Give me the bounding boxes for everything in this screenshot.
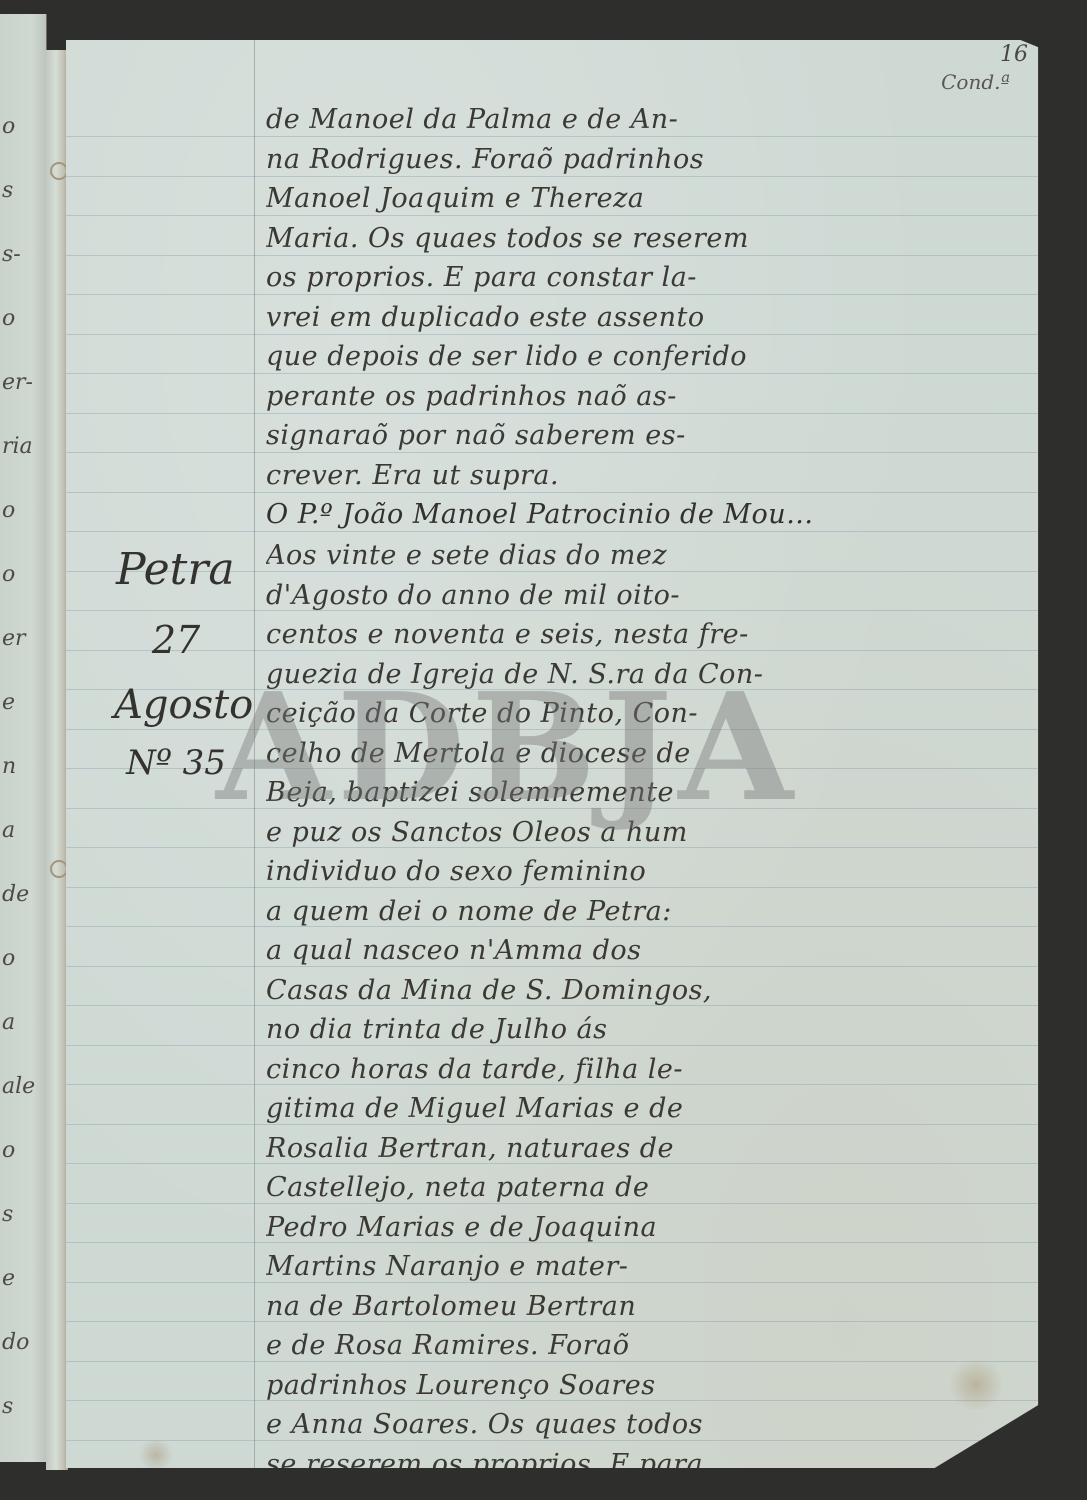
left-page-text-fragment: e — [2, 690, 15, 715]
left-page-text-fragment: n — [2, 754, 16, 779]
text-line: de Manoel da Palma e de An- — [266, 100, 1026, 140]
book-spine — [46, 50, 68, 1470]
text-line: a qual nasceo n'Amma dos — [266, 931, 1026, 971]
text-line: Maria. Os quaes todos se reserem — [266, 219, 1026, 259]
left-page-text-fragment: de — [2, 882, 29, 907]
left-page-text-fragment: o — [2, 114, 15, 139]
left-page-text-fragment: a — [2, 1010, 15, 1035]
continuation-note: Cond.ª — [941, 70, 1010, 94]
ink-stain — [946, 1360, 1006, 1410]
text-line: signaraõ por naõ saberem es- — [266, 416, 1026, 456]
text-line: cinco horas da tarde, filha le- — [266, 1050, 1026, 1090]
left-page-text-fragment: s — [2, 178, 13, 203]
text-line: individuo do sexo feminino — [266, 852, 1026, 892]
text-line: Martins Naranjo e mater- — [266, 1247, 1026, 1287]
previous-page-edge: oss-oer-riaooerenadeoaaleosedos — [0, 14, 47, 1462]
text-line: Beja, baptizei solemnemente — [266, 773, 1026, 813]
left-page-text-fragment: o — [2, 946, 15, 971]
manuscript-page: 16 Cond.ª de Manoel da Palma e de An- na… — [66, 40, 1042, 1468]
left-page-text-fragment: er — [2, 626, 26, 651]
text-line: gitima de Miguel Marias e de — [266, 1089, 1026, 1129]
left-page-text-fragment: o — [2, 1138, 15, 1163]
text-line: e puz os Sanctos Oleos a hum — [266, 813, 1026, 853]
text-line: celho de Mertola e diocese de — [266, 734, 1026, 774]
paper-stain — [136, 1440, 176, 1470]
text-line: centos e noventa e seis, nesta fre- — [266, 615, 1026, 655]
binding-thread-bottom — [50, 860, 68, 878]
continued-entry-text: de Manoel da Palma e de An- na Rodrigues… — [266, 100, 1026, 535]
left-page-text-fragment: do — [2, 1330, 29, 1355]
entry-number: Nº 35 — [96, 738, 256, 788]
text-line: Manoel Joaquim e Thereza — [266, 179, 1026, 219]
entry-margin-note: Petra 27 Agosto Nº 35 — [96, 532, 256, 788]
text-line: e Anna Soares. Os quaes todos — [266, 1405, 1026, 1445]
binding-thread-top — [50, 162, 68, 180]
text-line: padrinhos Lourenço Soares — [266, 1366, 1026, 1406]
left-page-text-fragment: er- — [2, 370, 33, 395]
left-page-text-fragment: o — [2, 498, 15, 523]
text-line: na Rodrigues. Foraõ padrinhos — [266, 140, 1026, 180]
text-line: Pedro Marias e de Joaquina — [266, 1208, 1026, 1248]
baptized-name: Petra — [96, 532, 256, 608]
left-page-text-fragment: s — [2, 1394, 13, 1419]
text-line: os proprios. E para constar la- — [266, 258, 1026, 298]
left-page-text-fragment: o — [2, 562, 15, 587]
text-line: que depois de ser lido e conferido — [266, 337, 1026, 377]
text-line: Castellejo, neta paterna de — [266, 1168, 1026, 1208]
left-page-text-fragment: a — [2, 818, 15, 843]
left-page-text-fragment: ale — [2, 1074, 35, 1099]
text-line: Rosalia Bertran, naturaes de — [266, 1129, 1026, 1169]
text-line: se reserem os proprios. E para — [266, 1445, 1026, 1485]
text-line: a quem dei o nome de Petra: — [266, 892, 1026, 932]
text-line: ceição da Corte do Pinto, Con- — [266, 694, 1026, 734]
entry-month: Agosto — [96, 672, 256, 738]
entry-day: 27 — [96, 608, 256, 672]
text-line: na de Bartolomeu Bertran — [266, 1287, 1026, 1327]
priest-signature: O P.º João Manoel Patrocinio de Mou... — [266, 495, 1026, 535]
text-line: vrei em duplicado este assento — [266, 298, 1026, 338]
left-page-text-fragment: ria — [2, 434, 33, 459]
text-line: e de Rosa Ramires. Foraõ — [266, 1326, 1026, 1366]
text-line: no dia trinta de Julho ás — [266, 1010, 1026, 1050]
left-page-text-fragment: e — [2, 1266, 15, 1291]
left-page-text-fragment: s — [2, 1202, 13, 1227]
left-page-text-fragment: o — [2, 306, 15, 331]
text-line: guezia de Igreja de N. S.ra da Con- — [266, 655, 1026, 695]
text-line: d'Agosto do anno de mil oito- — [266, 576, 1026, 616]
text-line: Aos vinte e sete dias do mez — [266, 536, 1026, 576]
page-number: 16 — [1000, 42, 1028, 67]
baptism-entry-text: Aos vinte e sete dias do mez d'Agosto do… — [266, 536, 1026, 1484]
text-line: Casas da Mina de S. Domingos, — [266, 971, 1026, 1011]
text-line: perante os padrinhos naõ as- — [266, 377, 1026, 417]
text-line: crever. Era ut supra. — [266, 456, 1026, 496]
left-page-text-fragment: s- — [2, 242, 21, 267]
